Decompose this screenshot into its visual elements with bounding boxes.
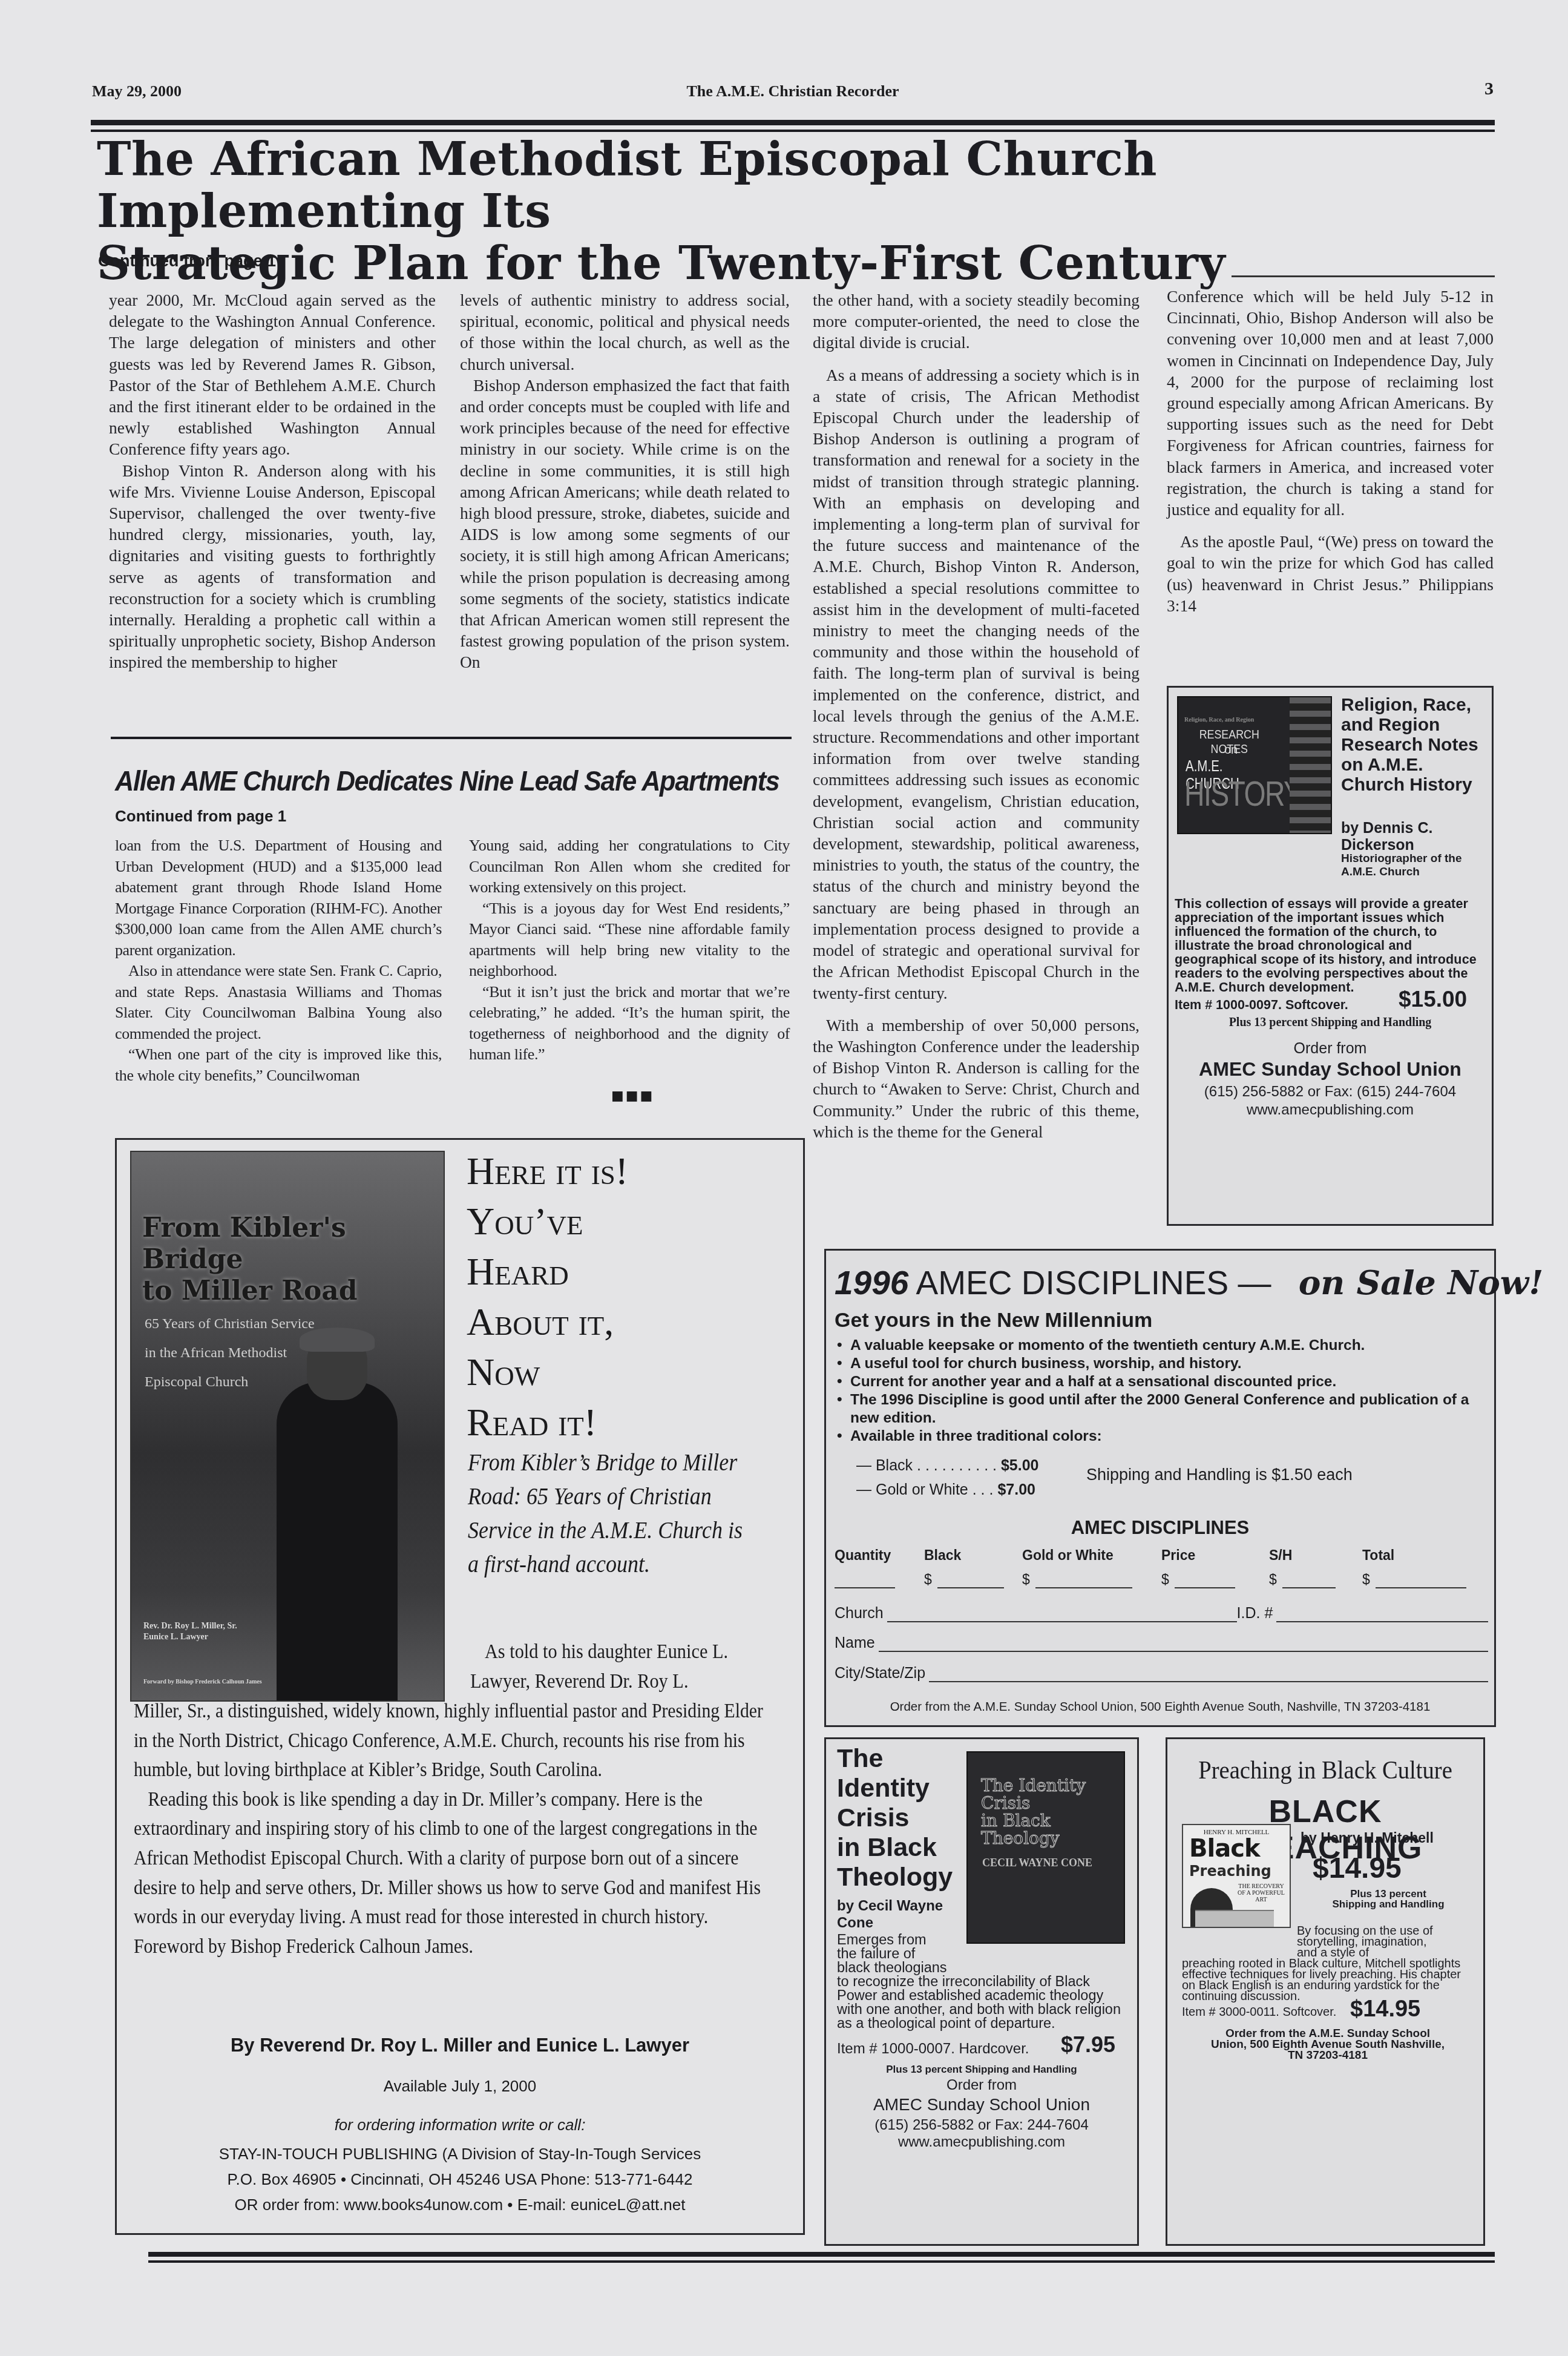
- page-number: 3: [1484, 79, 1494, 99]
- identity-desc-wrap: Emerges from the failure of black theolo…: [837, 1933, 947, 1975]
- paragraph: With a membership of over 50,000 persons…: [813, 1015, 1140, 1142]
- sh-field[interactable]: [1282, 1571, 1336, 1588]
- research-notes-phone: (615) 256-5882 or Fax: (615) 244-7604: [1169, 1084, 1492, 1101]
- currency-sign: $: [1269, 1571, 1277, 1588]
- footer-rule-thick: [148, 2252, 1495, 2257]
- research-notes-title: Religion, Race, and Region Research Note…: [1341, 695, 1489, 795]
- miller-book-ad: From Kibler's Bridge to Miller Road 65 Y…: [115, 1138, 805, 2235]
- disciplines-bullets: A valuable keepsake or momento of the tw…: [835, 1337, 1488, 1446]
- section-divider: [111, 737, 792, 739]
- id-field[interactable]: [1276, 1608, 1488, 1622]
- cover-title: From Kibler's Bridge to Miller Road: [142, 1213, 444, 1307]
- cover-title-line-1: From Kibler's Bridge: [142, 1213, 444, 1275]
- main-headline: The African Methodist Episcopal Church I…: [97, 133, 1495, 289]
- paragraph: the other hand, with a society steadily …: [813, 289, 1140, 354]
- main-article-col-3: the other hand, with a society steadily …: [813, 289, 1140, 1142]
- footer-rule-thin: [148, 2260, 1495, 2263]
- price-gold-white: — Gold or White . . . $7.00: [856, 1478, 1039, 1502]
- header-sh: S/H: [1269, 1547, 1292, 1564]
- total-field[interactable]: [1376, 1571, 1466, 1588]
- cover-title-line: in Black: [981, 1812, 1086, 1829]
- price-value: $7.00: [997, 1481, 1035, 1498]
- price-label: — Gold or White . . .: [856, 1481, 993, 1498]
- cover-authors: Rev. Dr. Roy L. Miller, Sr. Eunice L. La…: [143, 1621, 237, 1643]
- research-notes-cover: Religion, Race, and Region RESEARCH NOTE…: [1177, 696, 1332, 834]
- identity-crisis-ad: The Identity Crisis in Black Theology by…: [824, 1737, 1139, 2246]
- title-line: Theology: [837, 1863, 953, 1892]
- identity-price: $7.95: [1061, 2032, 1115, 2058]
- header-black: Black: [924, 1547, 961, 1564]
- research-notes-description: This collection of essays will provide a…: [1175, 897, 1489, 995]
- title-line: Identity: [837, 1774, 953, 1803]
- header-price: Price: [1161, 1547, 1195, 1564]
- header-gold-white: Gold or White: [1022, 1547, 1114, 1564]
- identity-author: by Cecil Wayne Cone: [837, 1898, 958, 1932]
- title-line: The: [837, 1744, 953, 1774]
- identity-website[interactable]: www.amecpublishing.com: [826, 2134, 1137, 2151]
- title-year: 1996: [835, 1264, 908, 1301]
- desc-line: the failure of: [837, 1947, 947, 1961]
- cover-subtitle-line-3: Episcopal Church: [145, 1367, 315, 1397]
- article-end-mark: ■■■: [611, 1088, 654, 1104]
- paragraph: Conference which will be held July 5-12 …: [1167, 286, 1494, 520]
- black-field[interactable]: [937, 1571, 1004, 1588]
- cover-title: The Identity Crisis in Black Theology: [981, 1777, 1086, 1847]
- name-field[interactable]: [879, 1637, 1488, 1652]
- headline-line-2-wrap: Strategic Plan for the Twenty-First Cent…: [97, 237, 1495, 289]
- paragraph: As the apostle Paul, “(We) press on towa…: [1167, 531, 1494, 616]
- header-total: Total: [1362, 1547, 1394, 1564]
- preaching-author: by Henry H. Mitchell: [1301, 1830, 1434, 1846]
- preaching-desc-wrap: By focusing on the use of storytelling, …: [1297, 1926, 1442, 1958]
- miller-address: P.O. Box 46905 • Cincinnati, OH 45246 US…: [117, 2170, 803, 2189]
- miller-body-wrap: As told to his daughter Eunice L. Lawyer…: [470, 1637, 759, 1697]
- cover-title-line-2: to Miller Road: [142, 1275, 444, 1307]
- church-row: Church I.D. #: [835, 1605, 1488, 1622]
- headline-line: About it,: [467, 1297, 628, 1347]
- church-field[interactable]: [887, 1608, 1237, 1622]
- allen-continued: Continued from page 1: [115, 807, 286, 826]
- cover-pulpit: [1195, 1910, 1274, 1928]
- preaching-price: $14.95: [1313, 1852, 1402, 1885]
- research-notes-author-title: Historiographer of the A.M.E. Church: [1341, 852, 1486, 879]
- allen-col-2: Young said, adding her congratulations t…: [469, 835, 790, 1065]
- cover-pattern: [1290, 697, 1332, 834]
- gold-white-field[interactable]: [1035, 1571, 1132, 1588]
- allen-col-1: loan from the U.S. Department of Housing…: [115, 835, 442, 1086]
- research-notes-shipping: Plus 13 percent Shipping and Handling: [1169, 1016, 1492, 1030]
- cover-foreword: Forward by Bishop Frederick Calhoun Jame…: [143, 1679, 262, 1685]
- bullet-item: Available in three traditional colors:: [835, 1427, 1488, 1446]
- quantity-field[interactable]: [835, 1571, 895, 1588]
- disciplines-ad: 1996 AMEC DISCIPLINES — on Sale Now! Get…: [824, 1249, 1496, 1727]
- headline-line: Read it!: [467, 1397, 628, 1447]
- miller-book-title: From Kibler’s Bridge to Miller Road: 65 …: [468, 1446, 751, 1581]
- identity-order-from: Order from: [826, 2077, 1137, 2094]
- paragraph: year 2000, Mr. McCloud again served as t…: [109, 289, 436, 460]
- continued-label: Continued from page 1: [98, 252, 276, 271]
- price-field[interactable]: [1175, 1571, 1235, 1588]
- identity-desc: to recognize the irreconcilability of Bl…: [837, 1975, 1127, 2030]
- miller-book-cover: From Kibler's Bridge to Miller Road 65 Y…: [130, 1151, 445, 1702]
- bullet-item: Current for another year and a half at a…: [835, 1373, 1488, 1391]
- research-notes-website[interactable]: www.amecpublishing.com: [1169, 1102, 1492, 1119]
- paragraph: loan from the U.S. Department of Housing…: [115, 835, 442, 961]
- city-label: City/State/Zip: [835, 1665, 925, 1682]
- preaching-desc: preaching rooted in Black culture, Mitch…: [1182, 1958, 1466, 2002]
- disciplines-subtitle: Get yours in the New Millennium: [835, 1309, 1152, 1332]
- cover-author-2: Eunice L. Lawyer: [143, 1632, 237, 1643]
- main-article-col-2: levels of authentic ministry to address …: [460, 289, 790, 673]
- main-article-col-4: Conference which will be held July 5-12 …: [1167, 286, 1494, 616]
- cover-line-2: on: [1186, 743, 1276, 757]
- miller-online-order[interactable]: OR order from: www.books4unow.com • E-ma…: [117, 2196, 803, 2214]
- color-prices: — Black . . . . . . . . . . $5.00 — Gold…: [856, 1453, 1039, 1502]
- headline-line: Now: [467, 1347, 628, 1397]
- title-line: in Black: [837, 1833, 953, 1863]
- research-notes-ad: Religion, Race, and Region RESEARCH NOTE…: [1167, 686, 1494, 1226]
- cover-line-4: HISTORY: [1184, 774, 1301, 814]
- name-label: Name: [835, 1634, 875, 1652]
- preaching-order: Order from the A.M.E. Sunday School Unio…: [1210, 2029, 1446, 2061]
- headline-rule: [1232, 275, 1495, 277]
- bullet-item: A valuable keepsake or momento of the tw…: [835, 1337, 1488, 1355]
- name-row: Name: [835, 1634, 1488, 1652]
- desc-line: black theologians: [837, 1961, 947, 1975]
- title-line: Crisis: [837, 1803, 953, 1833]
- paragraph: Young said, adding her congratulations t…: [469, 835, 790, 898]
- price-value: $5.00: [1001, 1457, 1039, 1474]
- miller-available: Available July 1, 2000: [117, 2077, 803, 2096]
- paragraph: “But it isn’t just the brick and mortar …: [469, 982, 790, 1065]
- church-label: Church: [835, 1605, 884, 1622]
- identity-seller: AMEC Sunday School Union: [826, 2095, 1137, 2114]
- preaching-item: Item # 3000-0011. Softcover.: [1182, 2006, 1336, 2019]
- headline-line: Here it is!: [467, 1146, 628, 1196]
- price-black: — Black . . . . . . . . . . $5.00: [856, 1453, 1039, 1478]
- paragraph: Bishop Anderson emphasized the fact that…: [460, 375, 790, 673]
- identity-phone: (615) 256-5882 or Fax: 244-7604: [826, 2117, 1137, 2134]
- disciplines-footer: Order from the A.M.E. Sunday School Unio…: [826, 1700, 1494, 1714]
- bullet-item: A useful tool for church business, worsh…: [835, 1355, 1488, 1373]
- cover-title-line: Theology: [981, 1829, 1086, 1847]
- paragraph: “When one part of the city is improved l…: [115, 1044, 442, 1086]
- cover-subtitle: THE RECOVERY OF A POWERFUL ART: [1235, 1883, 1287, 1903]
- headline-line: Heard: [467, 1246, 628, 1297]
- paragraph: Bishop Vinton R. Anderson along with his…: [109, 460, 436, 673]
- paragraph: “This is a joyous day for West End resid…: [469, 898, 790, 982]
- disciplines-shipping: Shipping and Handling is $1.50 each: [1086, 1466, 1353, 1484]
- research-notes-price: $15.00: [1399, 987, 1467, 1012]
- header-quantity: Quantity: [835, 1547, 891, 1564]
- headline-line: You’ve: [467, 1196, 628, 1246]
- newspaper-page: May 29, 2000 The A.M.E. Christian Record…: [0, 0, 1568, 2356]
- paragraph: Reading this book is like spending a day…: [134, 1785, 776, 1962]
- research-notes-item: Item # 1000-0097. Softcover.: [1175, 998, 1348, 1013]
- title-sale: on Sale Now!: [1299, 1263, 1544, 1302]
- currency-sign: $: [1362, 1571, 1370, 1588]
- disciplines-title: 1996 AMEC DISCIPLINES — on Sale Now!: [835, 1263, 1543, 1302]
- currency-sign: $: [924, 1571, 932, 1588]
- cover-author: CECIL WAYNE CONE: [982, 1857, 1092, 1869]
- preaching-kicker: Preaching in Black Culture: [1180, 1756, 1471, 1785]
- title-main: AMEC DISCIPLINES: [916, 1264, 1229, 1301]
- miller-ordering-label: for ordering information write or call:: [117, 2116, 803, 2134]
- miller-byline: By Reverend Dr. Roy L. Miller and Eunice…: [117, 2035, 803, 2056]
- identity-shipping: Plus 13 percent Shipping and Handling: [826, 2064, 1137, 2076]
- order-form-title: AMEC DISCIPLINES: [826, 1517, 1494, 1539]
- cover-subtitle-line-1: 65 Years of Christian Service: [145, 1309, 315, 1338]
- cover-subtitle: 65 Years of Christian Service in the Afr…: [145, 1309, 315, 1397]
- cover-line-2: Preaching: [1189, 1863, 1271, 1880]
- portrait-figure: [277, 1382, 398, 1702]
- paragraph: Miller, Sr., a distinguished, widely kno…: [134, 1697, 776, 1785]
- research-notes-author: by Dennis C. Dickerson: [1341, 820, 1489, 854]
- price-label: — Black . . . . . . . . . .: [856, 1457, 997, 1474]
- identity-item: Item # 1000-0007. Hardcover.: [837, 2041, 1029, 2058]
- cover-subtitle-line-2: in the African Methodist: [145, 1338, 315, 1367]
- miller-publisher: STAY-IN-TOUCH PUBLISHING (A Division of …: [117, 2145, 803, 2164]
- publication-name: The A.M.E. Christian Recorder: [92, 82, 1494, 100]
- paragraph: Also in attendance were state Sen. Frank…: [115, 961, 442, 1044]
- desc-line: Emerges from: [837, 1933, 947, 1947]
- cover-author-1: Rev. Dr. Roy L. Miller, Sr.: [143, 1621, 237, 1632]
- currency-sign: $: [1022, 1571, 1030, 1588]
- preaching-cover: HENRY H. MITCHELL Black Preaching THE RE…: [1182, 1824, 1291, 1928]
- title-dash: —: [1238, 1264, 1271, 1301]
- currency-sign: $: [1161, 1571, 1169, 1588]
- id-label: I.D. #: [1237, 1605, 1273, 1622]
- black-preaching-ad: Preaching in Black Culture BLACK PREACHI…: [1166, 1737, 1485, 2246]
- paragraph: levels of authentic ministry to address …: [460, 289, 790, 375]
- running-header: May 29, 2000 The A.M.E. Christian Record…: [92, 82, 1494, 107]
- research-notes-seller: AMEC Sunday School Union: [1169, 1058, 1492, 1081]
- research-notes-order-from: Order from: [1169, 1040, 1492, 1058]
- city-row: City/State/Zip: [835, 1665, 1488, 1682]
- paragraph: As a means of addressing a society which…: [813, 364, 1140, 1004]
- header-rule-thick: [91, 120, 1495, 125]
- main-article-col-1: year 2000, Mr. McCloud again served as t…: [109, 289, 436, 673]
- cover-title-line: The Identity: [981, 1777, 1086, 1794]
- preaching-price-2: $14.95: [1350, 1996, 1420, 2022]
- city-field[interactable]: [929, 1668, 1488, 1682]
- cover-title-line: Crisis: [981, 1794, 1086, 1812]
- cover-line-1: Black: [1189, 1835, 1260, 1863]
- miller-body: Miller, Sr., a distinguished, widely kno…: [134, 1697, 776, 1961]
- portrait-cap: [300, 1328, 375, 1352]
- headline-line-1: The African Methodist Episcopal Church I…: [97, 133, 1495, 237]
- preaching-shipping: Plus 13 percent Shipping and Handling: [1328, 1889, 1449, 1909]
- bullet-item: The 1996 Discipline is good until after …: [835, 1391, 1488, 1427]
- allen-headline: Allen AME Church Dedicates Nine Lead Saf…: [115, 764, 738, 797]
- identity-cover: The Identity Crisis in Black Theology CE…: [966, 1751, 1125, 1944]
- identity-title: The Identity Crisis in Black Theology: [837, 1744, 953, 1892]
- miller-ad-headline: Here it is! You’ve Heard About it, Now R…: [467, 1146, 628, 1447]
- cover-series: Religion, Race, and Region: [1184, 717, 1254, 723]
